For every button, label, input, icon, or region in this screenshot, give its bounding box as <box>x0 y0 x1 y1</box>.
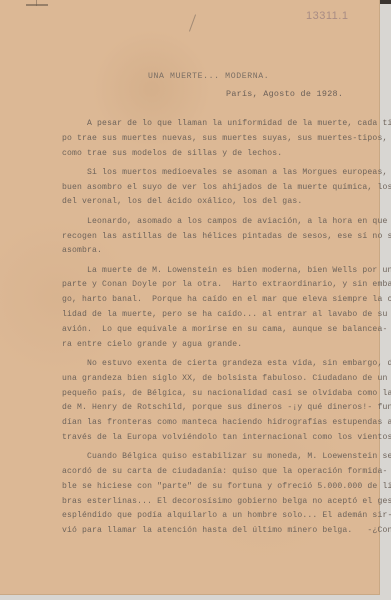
pencil-slash-mark <box>189 14 196 31</box>
text-line: asombra. <box>62 244 336 259</box>
text-line: del veronal, los del ácido oxálico, los … <box>62 195 336 210</box>
text-line: avión. Lo que equivale a morirse en su c… <box>62 323 336 338</box>
text-line: go, harto banal. Porque ha caído en el m… <box>62 293 336 308</box>
text-line: una grandeza bien siglo XX, de bolsista … <box>62 372 336 387</box>
text-line: parte y Conan Doyle por la otra. Harto e… <box>62 278 336 293</box>
text-line: bras esterlinas... El decorosísimo gobie… <box>62 495 336 510</box>
dateline: París, Agosto de 1928. <box>226 89 343 99</box>
text-line: buen asombro el suyo de ver los ahijados… <box>62 181 336 196</box>
text-line: Si los muertos medioevales se asoman a l… <box>62 166 336 181</box>
text-line: recogen las astillas de las hélices pint… <box>62 230 336 245</box>
text-line: ra entre cielo grande y agua grande. <box>62 338 336 353</box>
text-line: través de la Europa volviéndolo tan inte… <box>62 431 336 446</box>
archive-mark <box>26 4 48 6</box>
typewritten-page: 13311.1 UNA MUERTE... MODERNA. París, Ag… <box>0 0 380 595</box>
text-line: ble se hiciese con "parte" de su fortuna… <box>62 480 336 495</box>
paragraph: La muerte de M. Lowenstein es bien moder… <box>62 264 336 353</box>
text-line: A pesar de lo que llaman la uniformidad … <box>62 117 336 132</box>
paragraph: Leonardo, asomado a los campos de aviaci… <box>62 215 336 259</box>
text-line: dían las fronteras como manteca haciendo… <box>62 416 336 431</box>
text-line: No estuvo exenta de cierta grandeza esta… <box>62 357 336 372</box>
text-line: po trae sus muertes nuevas, sus muertes … <box>62 132 336 147</box>
text-line: pequeño país, de Bélgica, su nacionalida… <box>62 387 336 402</box>
paragraph: Si los muertos medioevales se asoman a l… <box>62 166 336 210</box>
text-line: Leonardo, asomado a los campos de aviaci… <box>62 215 336 230</box>
paragraph: No estuvo exenta de cierta grandeza esta… <box>62 357 336 446</box>
text-line: La muerte de M. Lowenstein es bien moder… <box>62 264 336 279</box>
document-title: UNA MUERTE... MODERNA. <box>148 72 269 81</box>
text-line: de M. Henry de Rotschild, porque sus din… <box>62 401 336 416</box>
text-line: vió para llamar la atención hasta del úl… <box>62 524 336 539</box>
catalog-number: 13311.1 <box>306 10 348 22</box>
text-line: espléndido que podía alquilarlo a un hom… <box>62 509 336 524</box>
body-text: A pesar de lo que llaman la uniformidad … <box>62 117 336 539</box>
text-line: como trae sus modelos de sillas y de lec… <box>62 147 336 162</box>
paragraph: Cuando Bélgica quiso estabilizar su mone… <box>62 450 336 539</box>
text-line: acordó de su carta de ciudadanía: quiso … <box>62 465 336 480</box>
paragraph: A pesar de lo que llaman la uniformidad … <box>62 117 336 161</box>
text-line: Cuando Bélgica quiso estabilizar su mone… <box>62 450 336 465</box>
text-line: lidad de la muerte, pero se ha caído... … <box>62 308 336 323</box>
